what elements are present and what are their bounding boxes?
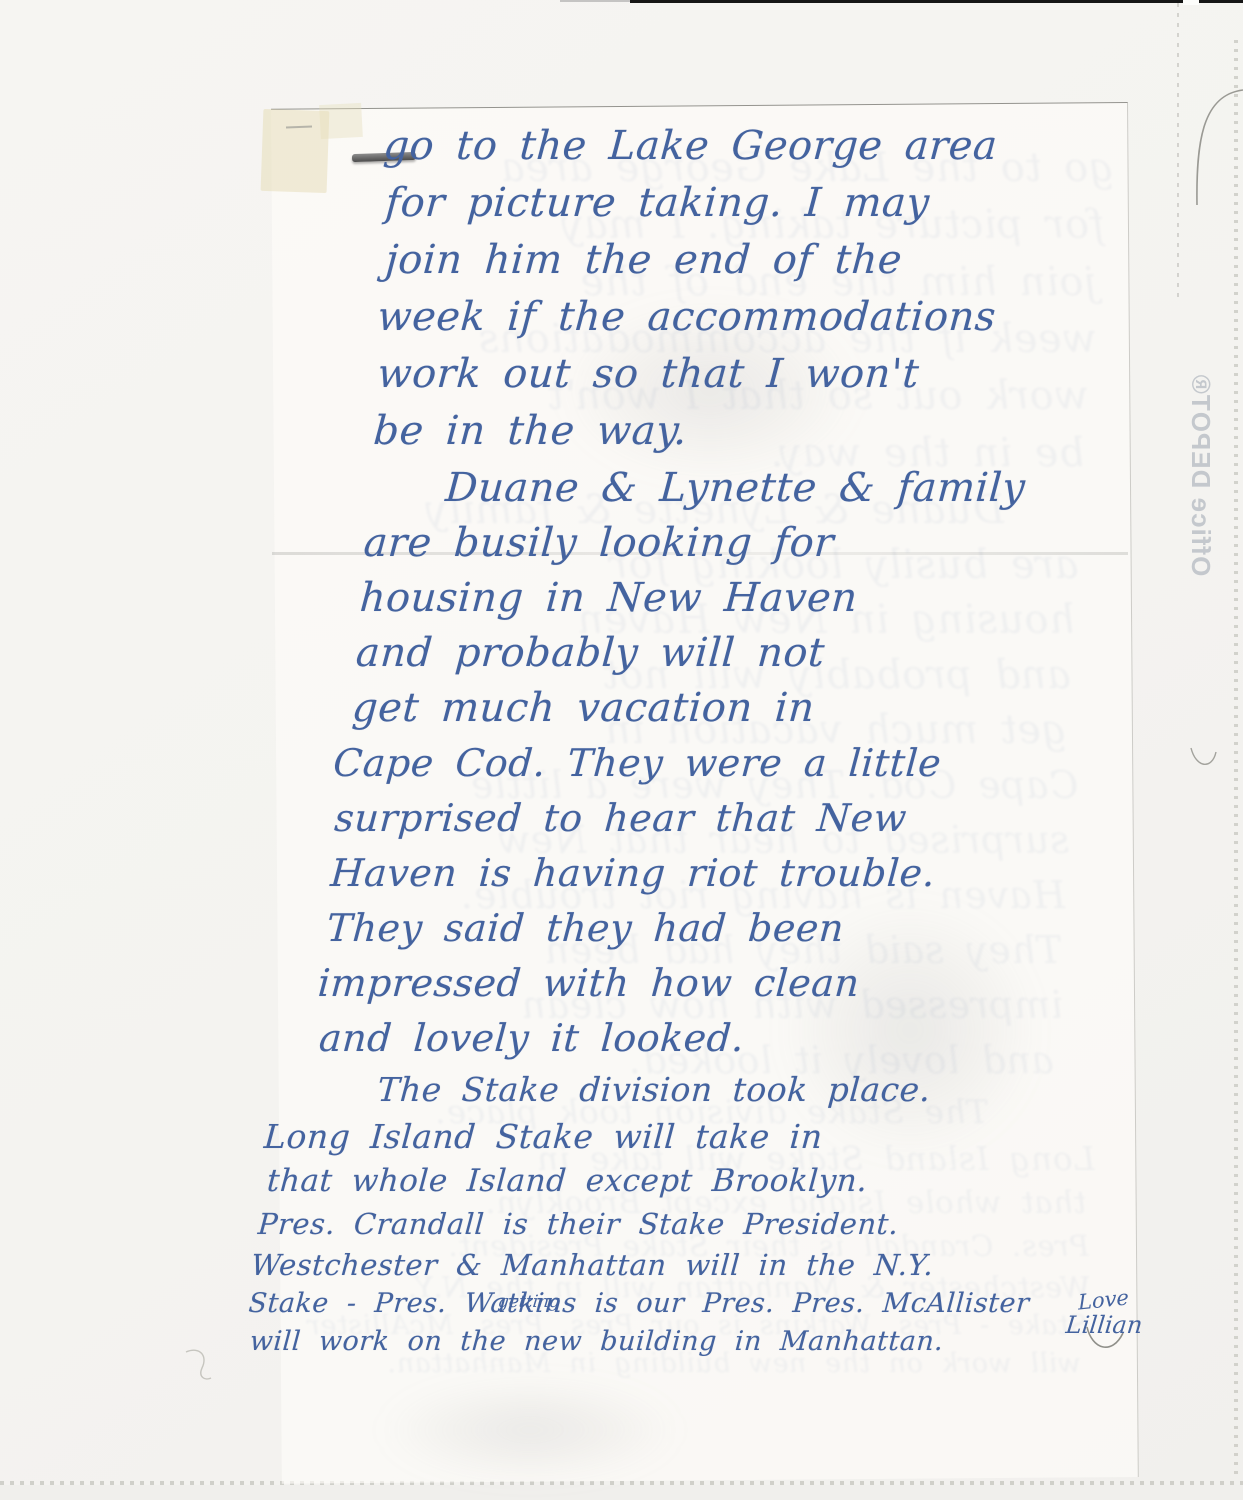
handwriting-line: Duane & Lynette & family [296,460,1160,516]
handwriting-line: join him the end of the [312,232,1176,289]
handwriting-line: The Stake division took place. [254,1066,1117,1114]
inserted-word: getting [497,1292,561,1312]
handwriting-line: impressed with how clean [261,956,1125,1011]
handwriting-line: work out so that I won't [304,346,1168,403]
handwriting-line: Pres. Crandall is their Stake President. [245,1203,1108,1245]
signature-name: Lillian [1065,1311,1144,1339]
handwriting-line: and lovely it looked. [257,1011,1121,1066]
handwriting-line: be in the way. [300,403,1164,460]
handwriting-body: go to the Lake George areafor picture ta… [237,118,1184,1361]
scan-top-bar-gap [1183,0,1199,5]
office-depot-watermark-text: Office DEPOT® [1185,374,1216,577]
stray-pencil-squiggle [186,1350,211,1379]
handwriting-line: Haven is having riot trouble. [269,846,1133,901]
corner-curve-mid-right [1191,748,1216,764]
handwriting-line: Westchester & Manhattan will in the N.Y. [242,1245,1105,1285]
handwriting-line: that whole Island except Brooklyn. [248,1160,1111,1203]
handwriting-line: They said they had been [265,901,1129,956]
handwriting-line: Stake - Pres. Watkins is our Pres. Pres.… [239,1285,1102,1323]
handwriting-line: go to the Lake George area [319,118,1183,175]
perforation-bottom-edge [0,1481,1243,1485]
handwriting-line: surprised to hear that New [273,791,1137,846]
perforation-right-edge [1234,40,1238,1480]
handwriting-line: Long Island Stake will take in [251,1114,1114,1160]
scanned-letter-page: Office DEPOT® go to the Lake George area… [0,0,1243,1500]
handwriting-line: week if the accommodations [308,289,1172,346]
paper-smudge [380,1380,680,1480]
paper-bottom-strip [0,1485,1243,1500]
scan-top-bar-fade [560,0,630,2]
handwriting-line: get much vacation in [280,681,1144,736]
scan-top-bar [630,0,1243,3]
handwriting-line: are busily looking for [292,516,1156,571]
handwriting-line: and probably will not [284,626,1148,681]
handwriting-line: housing in New Haven [288,571,1152,626]
handwriting-line: Cape Cod. They were a little [276,736,1140,791]
handwriting-line: for picture taking. I may [315,175,1179,232]
handwriting-line: will work on the new building in Manhatt… [237,1323,1100,1361]
